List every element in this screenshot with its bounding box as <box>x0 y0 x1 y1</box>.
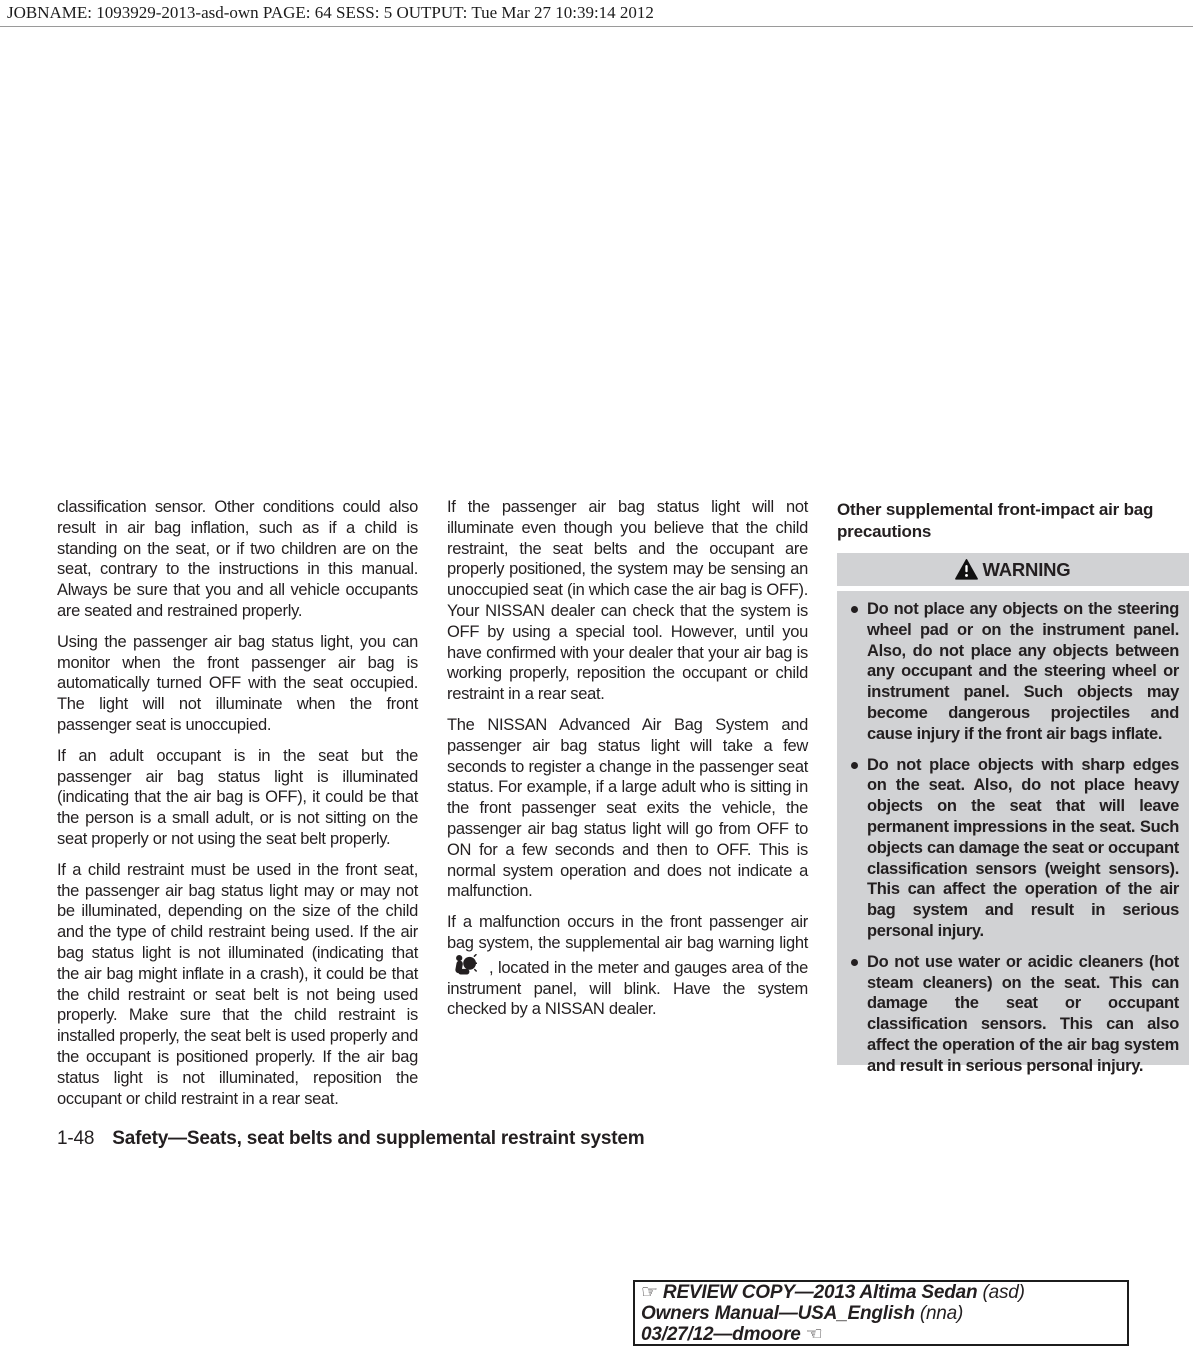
paragraph: If the passenger air bag status light wi… <box>447 497 808 705</box>
review-line-3: 03/27/12—dmoore ☜ <box>641 1324 1119 1345</box>
section-heading: Other supplemental front-impact air bag … <box>837 499 1189 542</box>
bullet-dot <box>851 959 858 966</box>
review-line-1: ☞ REVIEW COPY—2013 Altima Sedan (asd) <box>641 1282 1119 1303</box>
text-column-1: classification sensor. Other conditions … <box>57 497 418 1119</box>
review-line3-bold: 03/27/12—dmoore <box>641 1324 806 1345</box>
paragraph-text: If a malfunction occurs in the front pas… <box>447 913 808 952</box>
job-header-line: JOBNAME: 1093929-2013-asd-own PAGE: 64 S… <box>0 0 1193 27</box>
paragraph: The NISSAN Advanced Air Bag System and p… <box>447 715 808 902</box>
bullet-dot <box>851 762 858 769</box>
review-line-2: Owners Manual—USA_English (nna) <box>641 1303 1119 1324</box>
review-line1-bold: REVIEW COPY—2013 Altima Sedan <box>658 1282 978 1303</box>
warning-bullet-text: Do not place objects with sharp edges on… <box>867 755 1179 942</box>
bullet-dot <box>851 606 858 613</box>
warning-bullet: Do not place objects with sharp edges on… <box>847 755 1179 942</box>
review-line2-bold: Owners Manual—USA_English <box>641 1303 915 1324</box>
warning-box: Do not place any objects on the steering… <box>837 591 1189 1065</box>
paragraph-text: , located in the meter and gauges area o… <box>447 959 808 1019</box>
warning-title: WARNING <box>982 559 1070 581</box>
paragraph: If an adult occupant is in the seat but … <box>57 746 418 850</box>
text-column-3: Other supplemental front-impact air bag … <box>837 497 1189 542</box>
pointing-left-hand-icon: ☜ <box>806 1323 823 1345</box>
warning-title-bar: WARNING <box>837 553 1189 586</box>
warning-bullet: Do not place any objects on the steering… <box>847 599 1179 745</box>
paragraph-with-icon: If a malfunction occurs in the front pas… <box>447 912 808 1020</box>
review-line2-tag: (nna) <box>915 1303 963 1324</box>
paragraph: Using the passenger air bag status light… <box>57 632 418 736</box>
page-number: 1-48 <box>57 1128 94 1149</box>
review-copy-box: ☞ REVIEW COPY—2013 Altima Sedan (asd) Ow… <box>633 1280 1129 1346</box>
footer-section-title: Safety—Seats, seat belts and supplementa… <box>112 1128 644 1149</box>
text-column-2: If the passenger air bag status light wi… <box>447 497 808 1030</box>
paragraph: If a child restraint must be used in the… <box>57 860 418 1110</box>
airbag-warning-light-icon <box>452 954 477 977</box>
review-line1-tag: (asd) <box>977 1282 1024 1303</box>
manual-page: JOBNAME: 1093929-2013-asd-own PAGE: 64 S… <box>0 0 1193 1353</box>
paragraph: classification sensor. Other conditions … <box>57 497 418 622</box>
warning-bullet-text: Do not use water or acidic cleaners (hot… <box>867 952 1179 1077</box>
page-footer: 1-48Safety—Seats, seat belts and supplem… <box>57 1128 644 1150</box>
warning-bullet-text: Do not place any objects on the steering… <box>867 599 1179 745</box>
warning-triangle-icon <box>955 559 978 580</box>
pointing-right-hand-icon: ☞ <box>641 1281 658 1303</box>
warning-bullet: Do not use water or acidic cleaners (hot… <box>847 952 1179 1077</box>
